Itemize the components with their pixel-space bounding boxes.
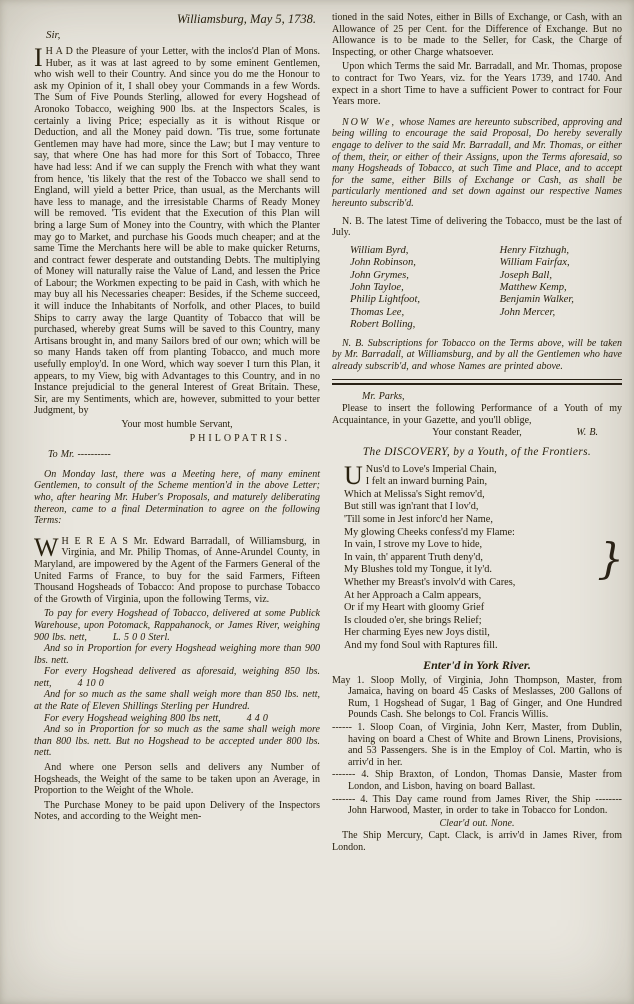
whereas-dropcap: W: [34, 536, 62, 558]
poem: U Nus'd to Love's Imperial Chain, I felt…: [332, 464, 622, 653]
subscription-note: N. B. Subscriptions for Tobacco on the T…: [332, 338, 622, 373]
left-column: Williamsburg, May 5, 1738. Sir, IH A D t…: [34, 12, 320, 823]
poem-line: In vain, th' apparent Truth deny'd,: [344, 552, 602, 565]
term-item: For every Hogshead delivered as aforesai…: [34, 666, 320, 689]
name-item: John Tayloe,: [350, 282, 500, 294]
parks-closing-line: Your constant Reader,W. B.: [332, 427, 622, 439]
poem-line: My glowing Cheeks confess'd my Flame:: [344, 527, 602, 540]
poem-line: But still was ign'rant that I lov'd,: [344, 501, 602, 514]
name-item: John Grymes,: [350, 270, 500, 282]
term-item: And for so much as the same shall weigh …: [34, 689, 320, 712]
term-text: And so in Proportion for every Hogshead …: [34, 643, 320, 666]
letter-paragraph: IH A D the Pleasure of your Letter, with…: [34, 46, 320, 417]
salutation: Sir,: [46, 29, 320, 41]
poem-line: My Blushes told my Tongue, it ly'd.: [344, 564, 602, 577]
ship-entry: May 1. Sloop Molly, of Virginia, John Th…: [332, 675, 622, 721]
parks-closing: Your constant Reader,: [432, 427, 522, 438]
ship-entry: ------- 4. This Day came round from Jame…: [332, 794, 622, 817]
poem-line: At her Approach a Calm appears,: [344, 590, 602, 603]
now-we-lead: NOW We,: [342, 117, 396, 128]
shipping-heading: Enter'd in York River.: [332, 658, 622, 673]
poem-line: Which at Melissa's Sight remov'd,: [344, 489, 602, 502]
letter-addressee: To Mr. ----------: [48, 449, 320, 461]
name-item: Philip Lightfoot,: [350, 294, 500, 306]
newspaper-page: Williamsburg, May 5, 1738. Sir, IH A D t…: [0, 0, 634, 1004]
term-amount: 4 10 0: [52, 678, 104, 689]
poem-line: Nus'd to Love's Imperial Chain,: [344, 464, 602, 477]
nb-latest-note: N. B. The latest Time of delivering the …: [332, 216, 622, 239]
poem-line: Is clouded o'er, she brings Relief;: [344, 615, 602, 628]
name-item: William Fairfax,: [500, 257, 622, 269]
poem-line: Whether my Breast's involv'd with Cares,: [344, 577, 602, 590]
ship-entry: ------- 4. Ship Braxton, of London, Thom…: [332, 769, 622, 792]
dateline: Williamsburg, May 5, 1738.: [34, 12, 320, 26]
poem-dropcap: U: [344, 464, 366, 486]
mercury-note: The Ship Mercury, Capt. Clack, is arriv'…: [332, 830, 622, 853]
letter-closing: Your most humble Servant,: [34, 419, 320, 431]
name-item: Matthew Kemp,: [500, 282, 622, 294]
name-item: Thomas Lee,: [350, 307, 500, 319]
purchase-money-paragraph: The Purchase Money to be paid upon Deliv…: [34, 800, 320, 823]
poem-line: In vain, I strove my Love to hide,: [344, 539, 602, 552]
poem-line: Her charming Eyes new Joys distil,: [344, 627, 602, 640]
cleared-heading: Clear'd out. None.: [332, 818, 622, 830]
name-item: Robert Bolling,: [350, 319, 500, 331]
poem-title: The DISCOVERY, by a Youth, of the Fronti…: [332, 446, 622, 458]
term-item: And so in Proportion for every Hogshead …: [34, 643, 320, 666]
parks-signature: W. B.: [576, 427, 598, 439]
term-text: To pay for every Hogshead of Tobacco, de…: [34, 608, 320, 642]
ship-entry: ------ 1. Sloop Coan, of Virginia, John …: [332, 722, 622, 768]
term-item: And so in Proportion for so much as the …: [34, 724, 320, 759]
whereas-body: H E R E A S Mr. Edward Barradall, of Wil…: [34, 536, 320, 605]
names-column-right: Henry Fitzhugh, William Fairfax, Joseph …: [500, 245, 622, 332]
term-text: And so in Proportion for so much as the …: [34, 724, 320, 758]
term-text: And for so much as the same shall weigh …: [34, 689, 320, 712]
subscriber-names: William Byrd, John Robinson, John Grymes…: [332, 245, 622, 332]
right-column: tioned in the said Notes, either in Bill…: [332, 12, 622, 854]
poem-line: Or if my Heart with gloomy Grief: [344, 602, 602, 615]
whereas-paragraph: WH E R E A S Mr. Edward Barradall, of Wi…: [34, 536, 320, 606]
term-amount: 4 4 0: [221, 713, 268, 724]
name-item: Benjamin Walker,: [500, 294, 622, 306]
name-item: Henry Fitzhugh,: [500, 245, 622, 257]
term-amount: L. 5 0 0 Sterl.: [87, 632, 170, 643]
letter-dropcap: I: [34, 46, 46, 68]
term-item: To pay for every Hogshead of Tobacco, de…: [34, 608, 320, 643]
letter-signature: PHILOPATRIS.: [34, 433, 320, 445]
term-text: For every Hogshead weighing 800 lbs nett…: [44, 713, 221, 724]
term-item: For every Hogshead weighing 800 lbs nett…: [34, 713, 320, 725]
poem-line: And my fond Soul with Raptures fill.: [344, 640, 602, 653]
names-column-left: William Byrd, John Robinson, John Grymes…: [350, 245, 500, 332]
average-note: And where one Person sells and delivers …: [34, 762, 320, 797]
continuation-paragraph: tioned in the said Notes, either in Bill…: [332, 12, 622, 58]
now-we-body: whose Names are hereunto subscribed, app…: [332, 117, 622, 209]
name-item: John Mercer,: [500, 307, 622, 319]
name-item: Joseph Ball,: [500, 270, 622, 282]
section-divider: [332, 379, 622, 385]
letter-body: H A D the Pleasure of your Letter, with …: [34, 46, 320, 416]
upon-terms-paragraph: Upon which Terms the said Mr. Barradall,…: [332, 61, 622, 107]
now-we-paragraph: NOW We, whose Names are hereunto subscri…: [332, 117, 622, 210]
parks-body: Please to insert the following Performan…: [332, 403, 622, 426]
poem-line: I felt an inward burning Pain,: [344, 476, 602, 489]
meeting-note: On Monday last, there was a Meeting here…: [34, 469, 320, 527]
name-item: John Robinson,: [350, 257, 500, 269]
poem-line: 'Till some in Jest inforc'd her Name,: [344, 514, 602, 527]
name-item: William Byrd,: [350, 245, 500, 257]
poem-brace: }: [597, 534, 624, 583]
parks-salutation: Mr. Parks,: [362, 391, 622, 403]
